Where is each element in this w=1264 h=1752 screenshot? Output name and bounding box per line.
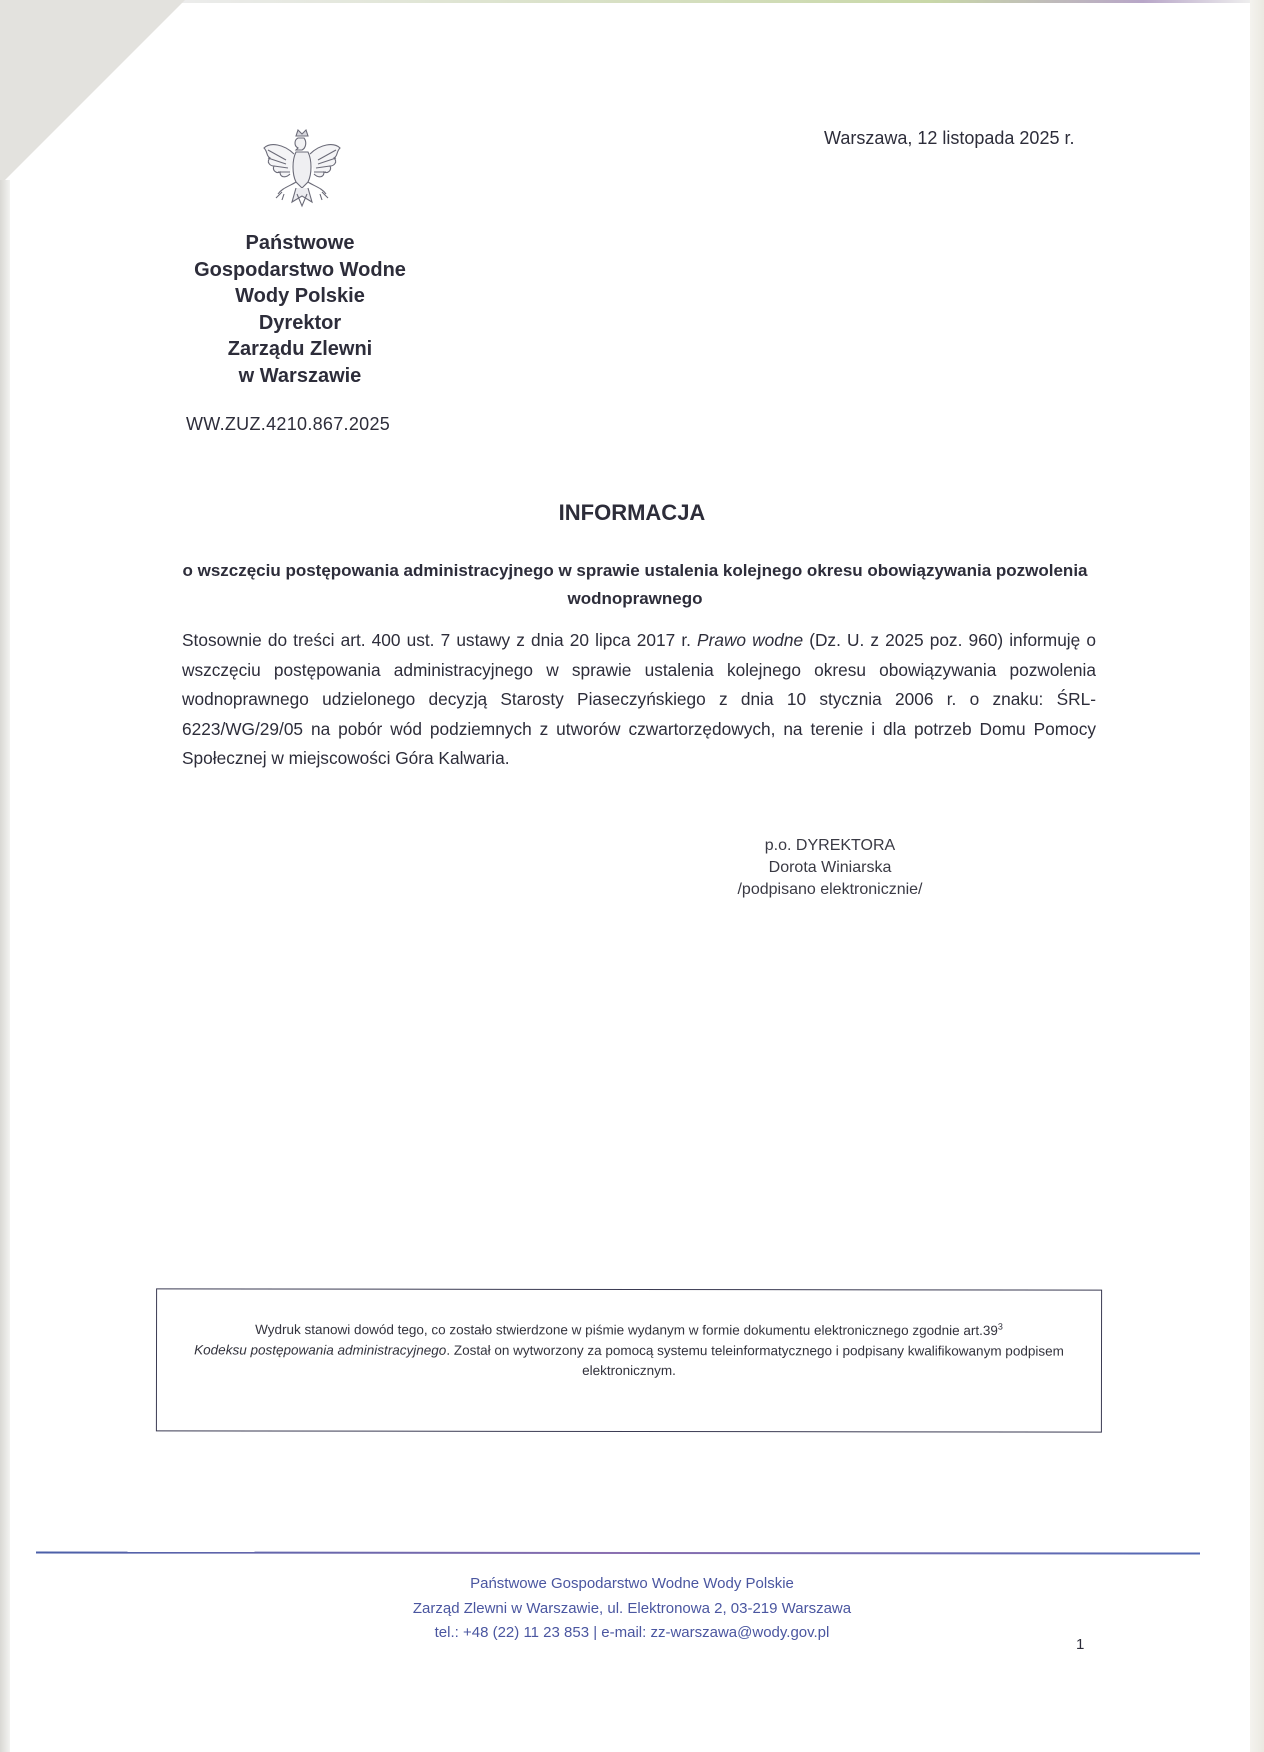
footer-contact: tel.: +48 (22) 11 23 853 | e-mail: zz-wa… xyxy=(0,1621,1264,1646)
notice-text-part: . Został on wytworzony za pomocą systemu… xyxy=(446,1342,1064,1377)
act-name: Prawo wodne xyxy=(697,630,803,650)
org-line: Państwowe xyxy=(150,230,450,257)
body-text-part: Stosownie do treści art. 400 ust. 7 usta… xyxy=(182,630,697,650)
notice-text-part: Wydruk stanowi dowód tego, co zostało st… xyxy=(255,1322,998,1338)
signature-block: p.o. DYREKTORA Dorota Winiarska /podpisa… xyxy=(690,835,970,901)
page-left-edge xyxy=(0,180,10,1752)
polish-eagle-emblem-icon xyxy=(256,126,348,218)
page-top-edge xyxy=(180,0,1250,3)
org-line: Zarządu Zlewni xyxy=(150,336,450,363)
footer: Państwowe Gospodarstwo Wodne Wody Polski… xyxy=(0,1572,1264,1646)
place-and-date: Warszawa, 12 listopada 2025 r. xyxy=(824,128,1074,149)
signatory-role: p.o. DYREKTORA xyxy=(690,835,970,857)
case-reference-number: WW.ZUZ.4210.867.2025 xyxy=(186,414,390,435)
org-line: Dyrektor xyxy=(150,310,450,337)
body-text-part: (Dz. U. z 2025 poz. 960) informuję o wsz… xyxy=(182,630,1096,768)
page-number: 1 xyxy=(1076,1636,1084,1653)
document-subject: o wszczęciu postępowania administracyjne… xyxy=(180,557,1090,613)
footer-address: Zarząd Zlewni w Warszawie, ul. Elektrono… xyxy=(0,1597,1264,1622)
issuer-organization: Państwowe Gospodarstwo Wodne Wody Polski… xyxy=(150,230,450,389)
notice-superscript: 3 xyxy=(998,1322,1003,1332)
org-line: Wody Polskie xyxy=(150,283,450,310)
folded-corner xyxy=(0,0,185,185)
notice-text: Wydruk stanowi dowód tego, co zostało st… xyxy=(157,1315,1101,1381)
scanned-page: Państwowe Gospodarstwo Wodne Wody Polski… xyxy=(0,0,1264,1752)
footer-divider xyxy=(36,1551,1200,1554)
document-body: Stosownie do treści art. 400 ust. 7 usta… xyxy=(182,626,1096,774)
signature-note: /podpisano elektronicznie/ xyxy=(690,879,970,901)
org-line: w Warszawie xyxy=(150,363,450,390)
document-title: INFORMACJA xyxy=(0,500,1264,526)
code-name: Kodeksu postępowania administracyjnego xyxy=(194,1342,446,1357)
signatory-name: Dorota Winiarska xyxy=(690,857,970,879)
electronic-document-notice: Wydruk stanowi dowód tego, co zostało st… xyxy=(156,1288,1102,1432)
page-right-edge xyxy=(1250,0,1264,1752)
org-line: Gospodarstwo Wodne xyxy=(150,257,450,284)
footer-org-name: Państwowe Gospodarstwo Wodne Wody Polski… xyxy=(0,1572,1264,1597)
